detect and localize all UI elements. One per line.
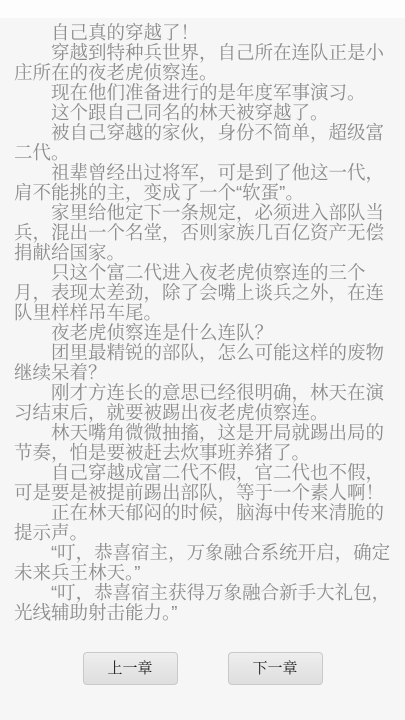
chapter-paragraphs: 自己真的穿越了！穿越到特种兵世界，自己所在连队正是小庄所在的夜老虎侦察连。现在他… bbox=[14, 23, 391, 623]
next-chapter-button[interactable]: 下一章 bbox=[228, 652, 323, 685]
paragraph: 正在林天郁闷的时候，脑海中传来清脆的提示声。 bbox=[14, 503, 391, 543]
top-strip bbox=[0, 0, 405, 18]
paragraph: 这个跟自己同名的林天被穿越了。 bbox=[14, 103, 391, 123]
paragraph: 夜老虎侦察连是什么连队？ bbox=[14, 323, 391, 343]
paragraph: 祖辈曾经出过将军，可是到了他这一代，肩不能挑的主，变成了一个“软蛋”。 bbox=[14, 163, 391, 203]
chapter-text-area[interactable]: 自己真的穿越了！穿越到特种兵世界，自己所在连队正是小庄所在的夜老虎侦察连。现在他… bbox=[0, 18, 405, 720]
paragraph: 自己真的穿越了！ bbox=[14, 23, 391, 43]
paragraph: “叮，恭喜宿主获得万象融合新手大礼包，光线辅助射击能力。” bbox=[14, 583, 391, 623]
paragraph: 自己穿越成富二代不假，官二代也不假，可是要是被提前踢出部队，等于一个素人啊！ bbox=[14, 463, 391, 503]
paragraph: 团里最精锐的部队，怎么可能这样的废物继续呆着？ bbox=[14, 343, 391, 383]
paragraph: 被自己穿越的家伙，身份不简单，超级富二代。 bbox=[14, 123, 391, 163]
paragraph: 穿越到特种兵世界，自己所在连队正是小庄所在的夜老虎侦察连。 bbox=[14, 43, 391, 83]
reader-screen: 自己真的穿越了！穿越到特种兵世界，自己所在连队正是小庄所在的夜老虎侦察连。现在他… bbox=[0, 0, 405, 720]
paragraph: 只这个富二代进入夜老虎侦察连的三个月，表现太差劲，除了会嘴上谈兵之外，在连队里样… bbox=[14, 263, 391, 323]
chapter-nav: 上一章 下一章 bbox=[14, 652, 391, 685]
paragraph: “叮，恭喜宿主，万象融合系统开启，确定未来兵王林天。” bbox=[14, 543, 391, 583]
paragraph: 家里给他定下一条规定，必须进入部队当兵，混出一个名堂，否则家族几百亿资产无偿捐献… bbox=[14, 203, 391, 263]
prev-chapter-button[interactable]: 上一章 bbox=[83, 652, 178, 685]
paragraph: 现在他们准备进行的是年度军事演习。 bbox=[14, 83, 391, 103]
paragraph: 林天嘴角微微抽搐，这是开局就踢出局的节奏，怕是要被赶去炊事班养猪了。 bbox=[14, 423, 391, 463]
paragraph: 刚才方连长的意思已经很明确，林天在演习结束后，就要被踢出夜老虎侦察连。 bbox=[14, 383, 391, 423]
